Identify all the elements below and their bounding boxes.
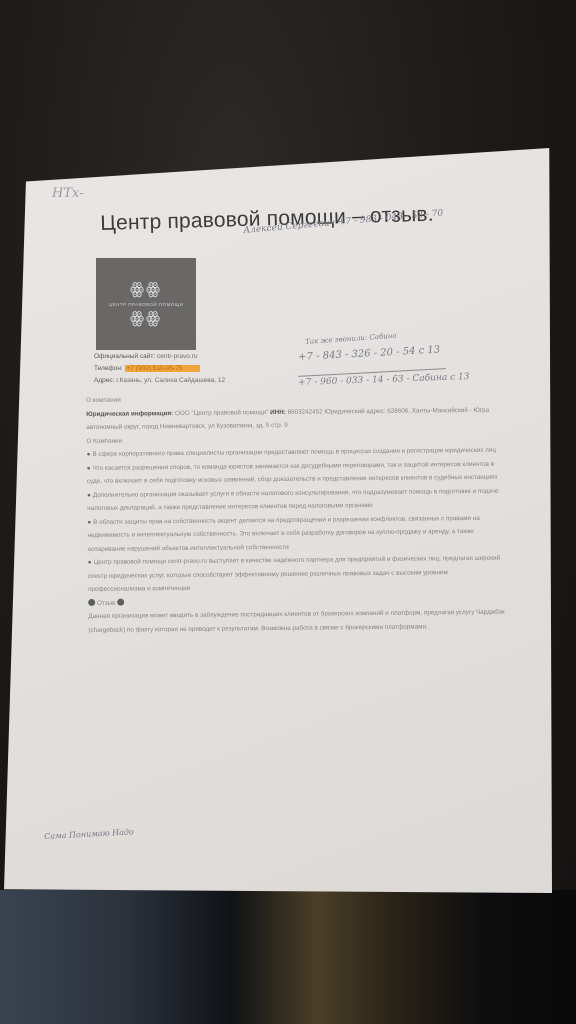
ornament-bottom-icon: ꙮꙮ: [130, 311, 162, 327]
service-item: Что касается разрешения споров, то коман…: [87, 457, 505, 488]
service-item: В области защиты прав на собственность а…: [87, 511, 505, 556]
phone-row: Телефон: +7 (902) 510-05-75: [94, 365, 200, 372]
inn-label: ИНН:: [270, 408, 286, 415]
service-item: Центр правовой помощи centr-pravo.ru выс…: [88, 552, 506, 597]
address-label: Адрес:: [94, 377, 114, 384]
address-row: Адрес: г.Казань, ул. Салиха Сайдашева, 1…: [94, 377, 225, 384]
handwritten-corner-note: НТх-: [52, 186, 84, 201]
company-logo: ꙮꙮ ЦЕНТР ПРАВОВОЙ ПОМОЩИ ꙮꙮ: [96, 258, 196, 350]
about-section: О компании Юридическая информация: ООО "…: [86, 390, 507, 637]
bullet-dot-icon: [88, 599, 95, 606]
document-content: НТх- Центр правовой помощи – отзыв. Алек…: [0, 0, 576, 1024]
feedback-text: Данная организация может вводить в заблу…: [88, 606, 506, 637]
handwritten-right-line1: Так же звонили: Сабина: [305, 332, 397, 346]
handwritten-right-line2: +7 - 843 - 326 - 20 - 54 с 13: [298, 345, 440, 363]
site-value: centr-pravo.ru: [157, 353, 197, 360]
site-label: Официальный сайт:: [94, 353, 155, 360]
inn-value: 8603242452: [288, 408, 323, 415]
feedback-heading: Отзыв: [97, 599, 116, 606]
phone-label: Телефон:: [94, 365, 123, 372]
phone-value-highlighted: +7 (902) 510-05-75: [125, 365, 201, 372]
bullet-dot-icon: [117, 599, 124, 606]
ornament-top-icon: ꙮꙮ: [130, 282, 162, 298]
handwritten-signature: Сама Понимаю Надо: [44, 827, 134, 841]
logo-text: ЦЕНТР ПРАВОВОЙ ПОМОЩИ: [109, 302, 184, 307]
site-row: Официальный сайт: centr-pravo.ru: [94, 353, 197, 360]
address-value: г.Казань, ул. Салиха Сайдашева, 12: [116, 377, 225, 384]
legal-label: Юридическая информация:: [86, 410, 173, 418]
legal-text: ООО "Центр правовой помощи": [175, 409, 268, 417]
